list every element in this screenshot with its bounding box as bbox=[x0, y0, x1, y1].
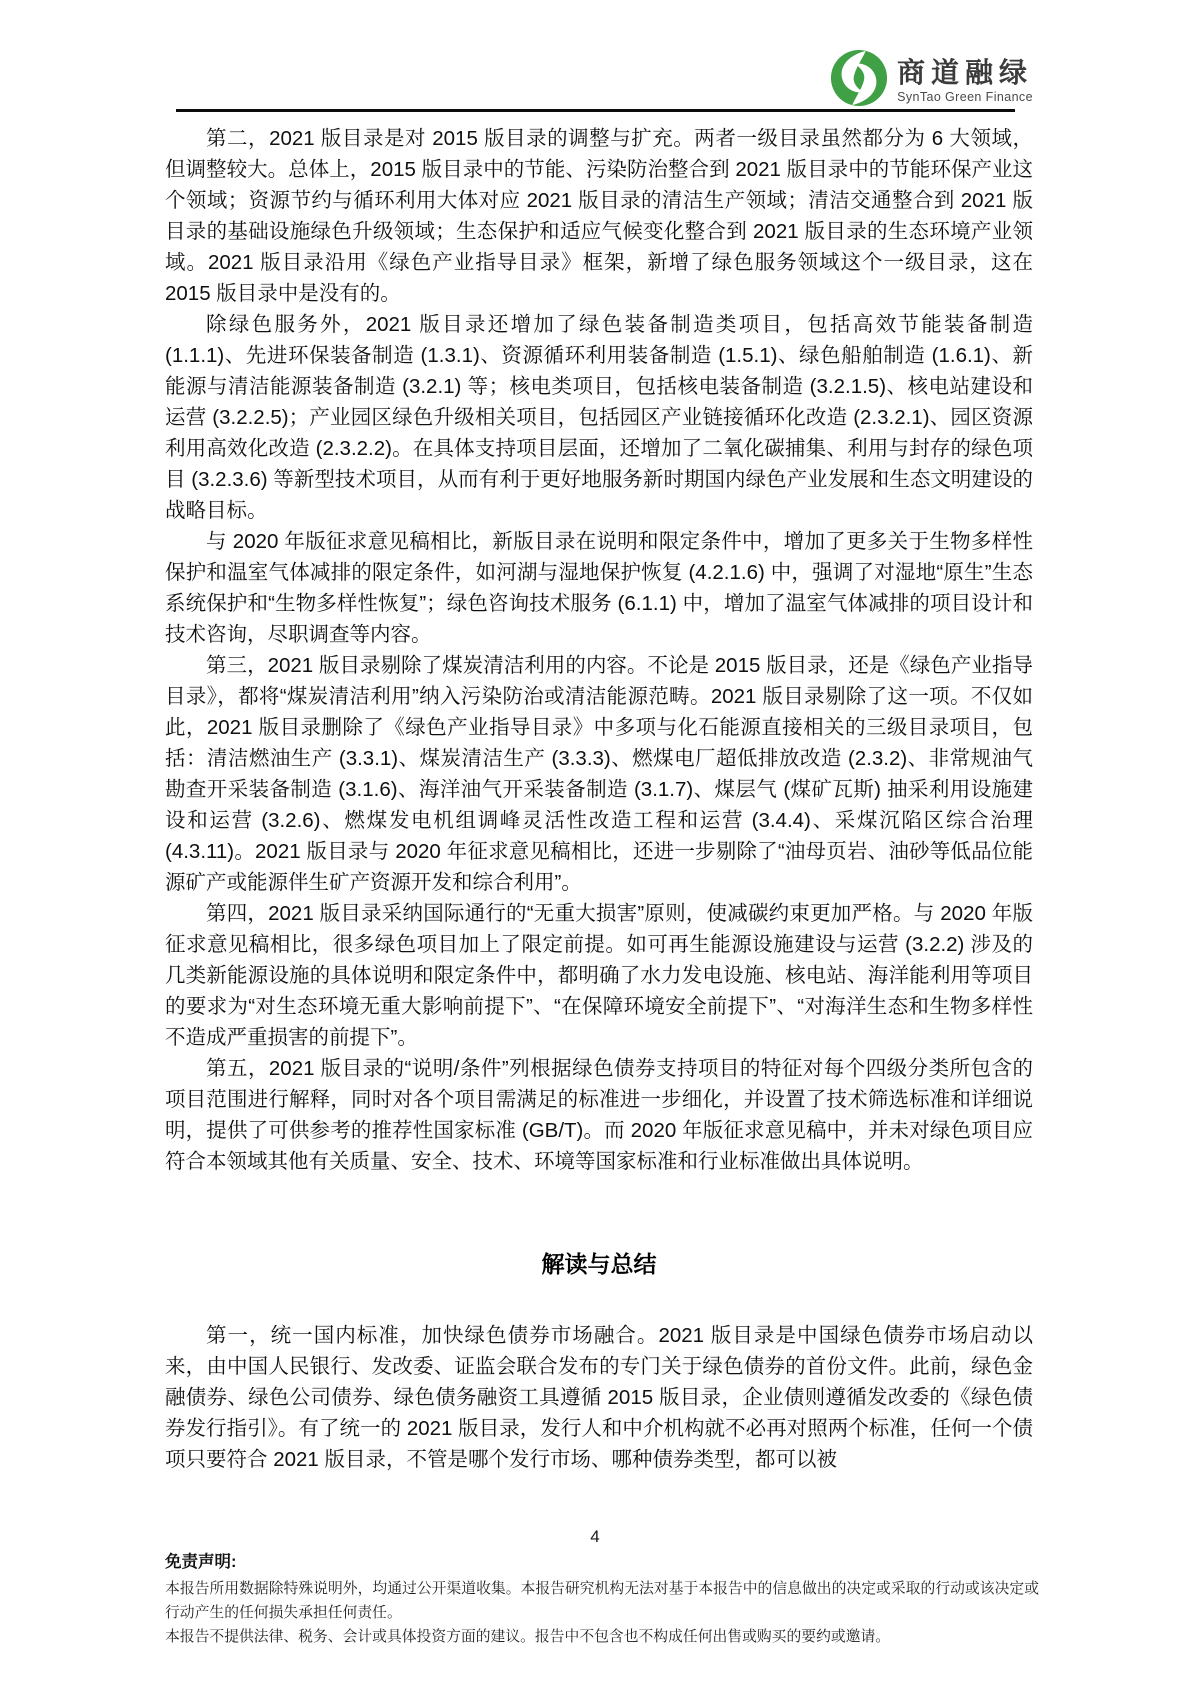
brand-name-chinese: 商道融绿 bbox=[897, 58, 1033, 87]
body-paragraph: 第三，2021 版目录剔除了煤炭清洁利用的内容。不论是 2015 版目录，还是《… bbox=[165, 650, 1033, 898]
body-paragraph: 与 2020 年版征求意见稿相比，新版目录在说明和限定条件中，增加了更多关于生物… bbox=[165, 526, 1033, 650]
page-number: 4 bbox=[0, 1527, 1190, 1547]
body-paragraph: 除绿色服务外，2021 版目录还增加了绿色装备制造类项目，包括高效节能装备制造 … bbox=[165, 309, 1033, 526]
disclaimer-line: 本报告不提供法律、税务、会计或具体投资方面的建议。报告中不包含也不构成任何出售或… bbox=[165, 1625, 1039, 1649]
company-logo: 商道融绿 SynTao Green Finance bbox=[830, 49, 1033, 107]
disclaimer-title: 免责声明: bbox=[165, 1552, 1039, 1572]
header-divider bbox=[176, 109, 1015, 112]
disclaimer-line: 本报告所用数据除特殊说明外，均通过公开渠道收集。本报告研究机构无法对基于本报告中… bbox=[165, 1577, 1039, 1625]
section-heading: 解读与总结 bbox=[165, 1248, 1033, 1280]
document-body: 第二，2021 版目录是对 2015 版目录的调整与扩充。两者一级目录虽然都分为… bbox=[165, 123, 1033, 1475]
logo-wordmark: 商道融绿 SynTao Green Finance bbox=[897, 49, 1033, 104]
body-paragraph: 第一，统一国内标准，加快绿色债券市场融合。2021 版目录是中国绿色债券市场启动… bbox=[165, 1320, 1033, 1475]
report-page: 商道融绿 SynTao Green Finance 第二，2021 版目录是对 … bbox=[0, 0, 1190, 1683]
body-paragraph: 第四，2021 版目录采纳国际通行的“无重大损害”原则，使减碳约束更加严格。与 … bbox=[165, 898, 1033, 1053]
leaf-yinyang-icon bbox=[830, 49, 888, 107]
body-paragraph: 第五，2021 版目录的“说明/条件”列根据绿色债券支持项目的特征对每个四级分类… bbox=[165, 1053, 1033, 1177]
footer-disclaimer: 免责声明: 本报告所用数据除特殊说明外，均通过公开渠道收集。本报告研究机构无法对… bbox=[165, 1552, 1039, 1649]
body-paragraph: 第二，2021 版目录是对 2015 版目录的调整与扩充。两者一级目录虽然都分为… bbox=[165, 123, 1033, 309]
brand-name-english: SynTao Green Finance bbox=[897, 90, 1033, 104]
